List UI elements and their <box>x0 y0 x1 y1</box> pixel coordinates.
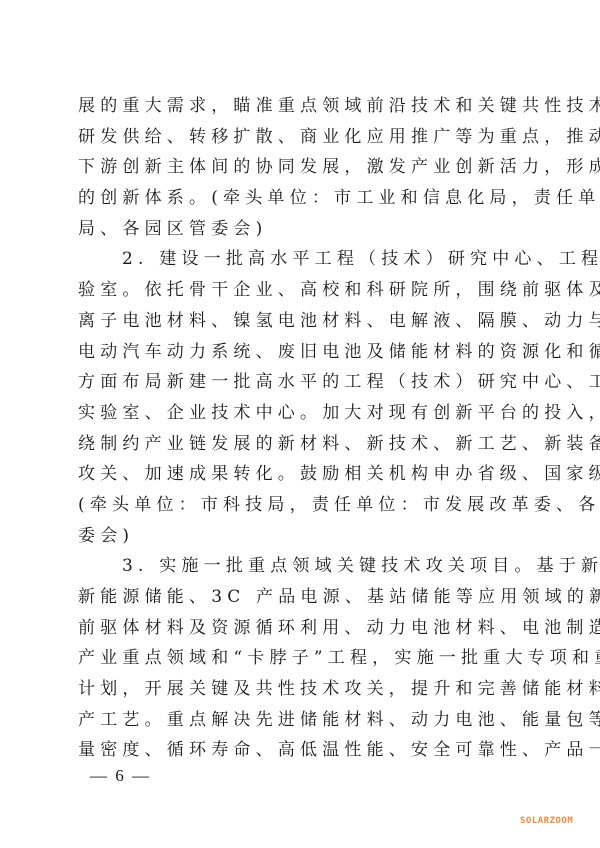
watermark-logo: SOLARZOOM <box>520 816 573 826</box>
body-text: 展的重大需求，瞄准重点领域前沿技术和关键共性技术，以技术 研发供给、转移扩散、商… <box>78 91 528 766</box>
text-line: 离子电池材料、镍氢电池材料、电解液、隔膜、动力与储能电池、 <box>78 306 528 337</box>
text-line: 委会) <box>78 521 528 552</box>
page-number: — 6 — <box>90 766 151 786</box>
text-line: 前驱体材料及资源循环利用、动力电池材料、电池制造及集成等 <box>78 613 528 644</box>
text-line: 局、各园区管委会) <box>78 214 528 245</box>
text-line: 产业重点领域和“卡脖子”工程，实施一批重大专项和重点研发 <box>78 643 528 674</box>
text-line: 量密度、循环寿命、高低温性能、安全可靠性、产品一致性、成 <box>78 735 528 766</box>
text-line: 绕制约产业链发展的新材料、新技术、新工艺、新装备开展技术 <box>78 429 528 460</box>
text-line: 研发供给、转移扩散、商业化应用推广等为重点，推动产业链上 <box>78 122 528 153</box>
text-line: 新能源储能、3C 产品电源、基站储能等应用领域的新要求，围绕 <box>78 582 528 613</box>
text-line: 电动汽车动力系统、废旧电池及储能材料的资源化和循环利用等 <box>78 337 528 368</box>
text-line: 产工艺。重点解决先进储能材料、动力电池、能量包等产品的能 <box>78 705 528 736</box>
text-line: (牵头单位：市科技局，责任单位：市发展改革委、各园区管 <box>78 490 528 521</box>
section-3-heading-line: 3. 实施一批重点领域关键技术攻关项目。基于新能源汽车、 <box>78 551 528 582</box>
text-line: 实验室、企业技术中心。加大对现有创新平台的投入，引导其围 <box>78 398 528 429</box>
text-line: 展的重大需求，瞄准重点领域前沿技术和关键共性技术，以技术 <box>78 91 528 122</box>
text-line: 验室。依托骨干企业、高校和科研院所，围绕前驱体及原料、锂 <box>78 275 528 306</box>
text-line: 方面布局新建一批高水平的工程（技术）研究中心、工程（重点） <box>78 367 528 398</box>
text-line: 攻关、加速成果转化。鼓励相关机构申办省级、国家级创新平台。 <box>78 459 528 490</box>
text-line: 计划，开展关键及共性技术攻关，提升和完善储能材料及器件生 <box>78 674 528 705</box>
section-2-heading-line: 2. 建设一批高水平工程（技术）研究中心、工程（重点）实 <box>78 244 528 275</box>
document-page: 展的重大需求，瞄准重点领域前沿技术和关键共性技术，以技术 研发供给、转移扩散、商… <box>0 0 600 848</box>
text-line: 的创新体系。(牵头单位：市工业和信息化局，责任单位：市科技 <box>78 183 528 214</box>
text-line: 下游创新主体间的协同发展，激发产业创新活力，形成跨界协同 <box>78 152 528 183</box>
